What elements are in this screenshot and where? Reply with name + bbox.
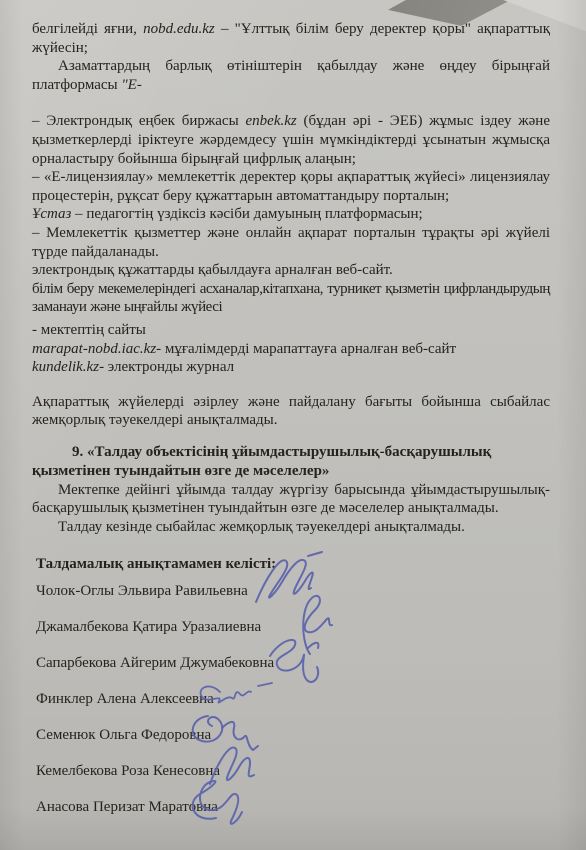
signatory-row: Сапарбекова Айгерим Джумабековна xyxy=(32,646,550,682)
text-run: белгілейді яғни, xyxy=(32,21,143,37)
text-run: – «Е-лицензиялау» мемлекеттік деректер қ… xyxy=(32,169,550,204)
paragraph: kundelik.kz- электронды журнал xyxy=(32,358,550,377)
text-run: - мектептің сайты xyxy=(32,322,146,338)
text-run: "E- xyxy=(121,77,141,93)
text-run: kundelik.kz xyxy=(32,359,99,375)
document-body: белгілейді яғни, nobd.edu.kz – "Ұлттық б… xyxy=(0,20,586,826)
signatory-name: Финклер Алена Алексеевна xyxy=(32,690,214,709)
paragraph: Мектепке дейінгі ұйымда талдау жүргізу б… xyxy=(32,481,550,518)
document-page: белгілейді яғни, nobd.edu.kz – "Ұлттық б… xyxy=(0,0,586,850)
signatory-row: Кемелбекова Роза Кенесовна xyxy=(32,754,550,790)
paragraph: Ақпараттық жүйелерді әзірлеу және пайдал… xyxy=(32,393,550,430)
paragraph: білім беру мекемелеріндегі асханалар,кіт… xyxy=(32,280,550,317)
spacer xyxy=(32,377,550,393)
signatory-row: Чолок-Оглы Эльвира Равильевна xyxy=(32,574,550,610)
paragraph: Азаматтардың барлық өтініштерін қабылдау… xyxy=(32,57,550,94)
signatory-name: Чолок-Оглы Эльвира Равильевна xyxy=(32,582,248,601)
paragraph: - мектептің сайты xyxy=(32,321,550,340)
signatory-row: Финклер Алена Алексеевна xyxy=(32,682,550,718)
paragraph: белгілейді яғни, nobd.edu.kz – "Ұлттық б… xyxy=(32,20,550,57)
section-9-heading: 9. «Талдау объектісінің ұйымдастырушылық… xyxy=(32,443,550,481)
paragraph: Талдау кезінде сыбайлас жемқорлық тәуеке… xyxy=(32,518,550,537)
text-run: - мұғалімдерді марапаттауға арналған веб… xyxy=(156,341,456,357)
text-run: қызметінен туындайтын өзге де мәселелер» xyxy=(32,463,329,479)
paragraph: marapat-nobd.iac.kz- мұғалімдерді марапа… xyxy=(32,340,550,359)
paragraph: электрондық құжаттарды қабылдауға арналғ… xyxy=(32,261,550,280)
signatory-name: Анасова Перизат Маратовна xyxy=(32,798,218,817)
text-run: – Мемлекеттік қызметтер және онлайн ақпа… xyxy=(32,225,550,260)
spacer xyxy=(32,94,550,112)
text-run: Азаматтардың барлық өтініштерін қабылдау… xyxy=(32,58,550,93)
text-run: – педагогтің үздіксіз кәсіби дамуының пл… xyxy=(71,206,422,222)
text-blocks: белгілейді яғни, nobd.edu.kz – "Ұлттық б… xyxy=(32,20,550,537)
signatories-heading: Талдамалық анықтамамен келісті: xyxy=(32,555,550,574)
paragraph: – Электрондық еңбек биржасы enbek.kz (бұ… xyxy=(32,112,550,168)
signatory-name: Кемелбекова Роза Кенесовна xyxy=(32,762,220,781)
text-run: - электронды журнал xyxy=(99,359,234,375)
text-run: nobd.edu.kz xyxy=(143,21,215,37)
signatories-list: Чолок-Оглы Эльвира РавильевнаДжамалбеков… xyxy=(32,574,550,826)
paragraph: – Мемлекеттік қызметтер және онлайн ақпа… xyxy=(32,224,550,261)
signatory-name: Сапарбекова Айгерим Джумабековна xyxy=(32,654,274,673)
text-run: білім беру мекемелеріндегі асханалар,кіт… xyxy=(32,281,550,316)
text-run: 9. «Талдау объектісінің ұйымдастырушылық… xyxy=(72,444,491,460)
text-run: enbek.kz xyxy=(246,113,297,129)
signatories-section: Талдамалық анықтамамен келісті: Чолок-Ог… xyxy=(32,555,550,826)
text-run: Талдау кезінде сыбайлас жемқорлық тәуеке… xyxy=(58,519,465,535)
text-run: электрондық құжаттарды қабылдауға арналғ… xyxy=(32,262,393,278)
text-run: marapat-nobd.iac.kz xyxy=(32,341,156,357)
signatory-name: Джамалбекова Қатира Уразалиевна xyxy=(32,618,261,637)
signatory-row: Анасова Перизат Маратовна xyxy=(32,790,550,826)
signatory-row: Семенюк Ольга Федоровна xyxy=(32,718,550,754)
paragraph: – «Е-лицензиялау» мемлекеттік деректер қ… xyxy=(32,168,550,205)
text-run: Мектепке дейінгі ұйымда талдау жүргізу б… xyxy=(32,482,550,517)
signatory-name: Семенюк Ольга Федоровна xyxy=(32,726,211,745)
spacer xyxy=(32,430,550,443)
text-run: Ұстаз xyxy=(32,206,71,222)
text-run: Ақпараттық жүйелерді әзірлеу және пайдал… xyxy=(32,394,550,429)
paragraph: Ұстаз – педагогтің үздіксіз кәсіби дамуы… xyxy=(32,205,550,224)
signatory-row: Джамалбекова Қатира Уразалиевна xyxy=(32,610,550,646)
text-run: – Электрондық еңбек биржасы xyxy=(32,113,246,129)
